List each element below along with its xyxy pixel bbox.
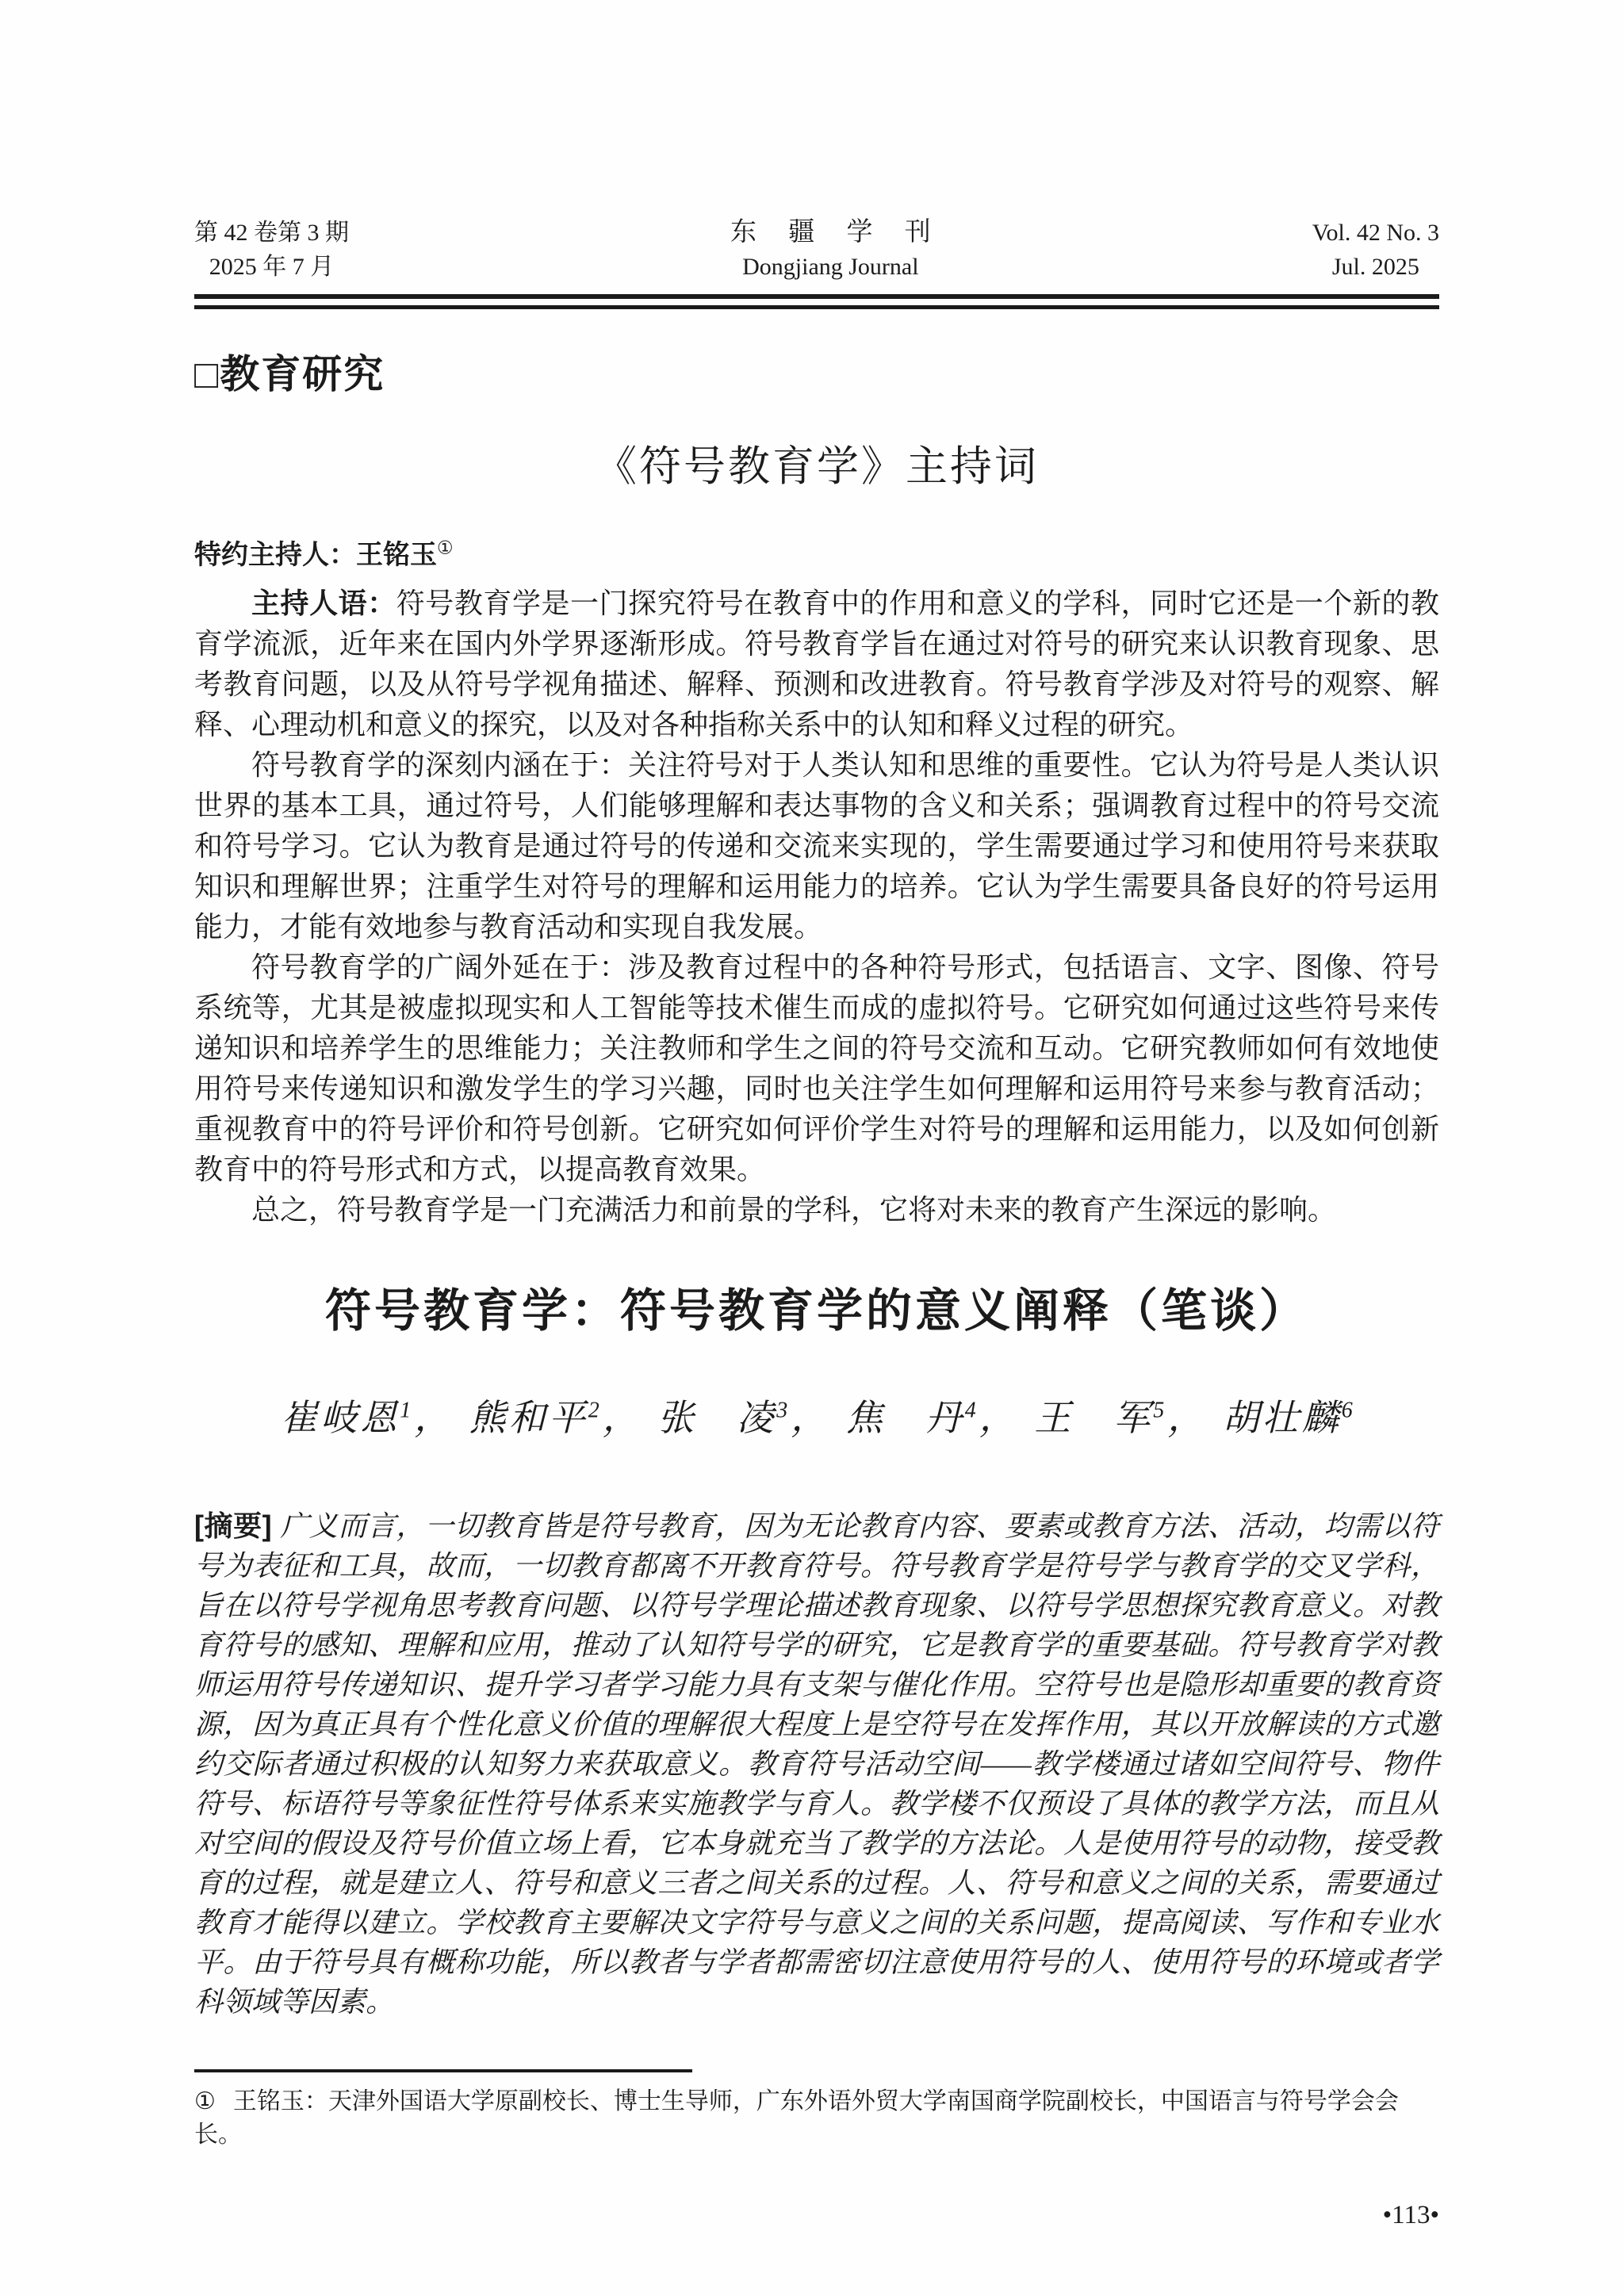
author-separator: ， — [979, 1398, 1019, 1438]
header-title-block: 东 疆 学 刊 Dongjiang Journal — [718, 216, 944, 284]
authors-line: 崔岐恩1， 熊和平2， 张 凌3， 焦 丹4， 王 军5， 胡壮麟6 — [194, 1389, 1439, 1441]
host-article-body: 主持人语：符号教育学是一门探究符号在教育中的作用和意义的学科，同时它还是一个新的… — [194, 583, 1439, 1230]
author-separator: ， — [791, 1398, 830, 1438]
paragraph-1: 主持人语：符号教育学是一门探究符号在教育中的作用和意义的学科，同时它还是一个新的… — [194, 583, 1439, 745]
host-article-title: 《符号教育学》主持词 — [194, 433, 1439, 493]
author-1-sup: 1 — [400, 1399, 411, 1423]
author-3-sup: 3 — [776, 1399, 787, 1423]
author-3-name: 张 凌 — [657, 1398, 776, 1438]
volume-issue-cn: 第 42 卷第 3 期 — [194, 216, 349, 250]
author-3: 张 凌3 — [657, 1398, 787, 1438]
author-5-name: 王 军 — [1034, 1398, 1153, 1438]
journal-page: 第 42 卷第 3 期 2025 年 7 月 东 疆 学 刊 Dongjiang… — [0, 0, 1624, 2296]
host-name: 特约主持人：王铭玉 — [194, 540, 437, 570]
author-6: 胡壮麟6 — [1223, 1398, 1353, 1438]
author-2: 熊和平2 — [469, 1398, 599, 1438]
journal-header: 第 42 卷第 3 期 2025 年 7 月 东 疆 学 刊 Dongjiang… — [194, 216, 1439, 284]
page-number: •113• — [194, 2201, 1439, 2230]
footnote-text: 王铭玉：天津外国语大学原副校长、博士生导师，广东外语外贸大学南国商学院副校长，中… — [194, 2088, 1399, 2148]
author-separator: ， — [1167, 1398, 1207, 1438]
author-2-name: 熊和平 — [469, 1398, 588, 1438]
paragraph-3: 符号教育学的广阔外延在于：涉及教育过程中的各种符号形式，包括语言、文字、图像、符… — [194, 947, 1439, 1190]
author-separator: ， — [603, 1398, 642, 1438]
header-double-rule — [194, 294, 1439, 309]
author-6-sup: 6 — [1342, 1399, 1353, 1423]
author-5-sup: 5 — [1153, 1399, 1164, 1423]
author-4-sup: 4 — [965, 1399, 976, 1423]
footnote-divider — [194, 2069, 692, 2072]
author-1-name: 崔岐恩 — [281, 1398, 400, 1438]
journal-title-en: Dongjiang Journal — [718, 250, 944, 284]
section-label: □教育研究 — [194, 342, 1439, 400]
author-4: 焦 丹4 — [846, 1398, 976, 1438]
footnote: ①王铭玉：天津外国语大学原副校长、博士生导师，广东外语外贸大学南国商学院副校长，… — [194, 2085, 1439, 2152]
author-6-name: 胡壮麟 — [1223, 1398, 1342, 1438]
header-issue-block: 第 42 卷第 3 期 2025 年 7 月 — [194, 216, 349, 284]
date-en: Jul. 2025 — [1312, 250, 1439, 284]
paragraph-2: 符号教育学的深刻内涵在于：关注符号对于人类认知和思维的重要性。它认为符号是人类认… — [194, 745, 1439, 947]
author-2-sup: 2 — [588, 1399, 599, 1423]
abstract: [摘要]广义而言，一切教育皆是符号教育，因为无论教育内容、要素或教育方法、活动，… — [194, 1506, 1439, 2022]
author-1: 崔岐恩1 — [281, 1398, 411, 1438]
author-5: 王 军5 — [1034, 1398, 1164, 1438]
journal-title-cn: 东 疆 学 刊 — [718, 216, 944, 250]
symposium-title: 符号教育学：符号教育学的意义阐释（笔谈） — [194, 1273, 1439, 1340]
author-4-name: 焦 丹 — [846, 1398, 965, 1438]
footnote-marker: ① — [194, 2088, 216, 2114]
volume-issue-en: Vol. 42 No. 3 — [1312, 216, 1439, 250]
header-issue-en-block: Vol. 42 No. 3 Jul. 2025 — [1312, 216, 1439, 284]
paragraph-4: 总之，符号教育学是一门充满活力和前景的学科，它将对未来的教育产生深远的影响。 — [194, 1190, 1439, 1230]
abstract-label: [摘要] — [194, 1510, 272, 1542]
abstract-text: 广义而言，一切教育皆是符号教育，因为无论教育内容、要素或教育方法、活动，均需以符… — [194, 1510, 1439, 2018]
host-line: 特约主持人：王铭玉① — [194, 533, 1439, 572]
paragraph-1-lead: 主持人语： — [251, 587, 396, 619]
date-cn: 2025 年 7 月 — [194, 250, 349, 284]
host-footnote-marker: ① — [437, 538, 454, 558]
author-separator: ， — [414, 1398, 454, 1438]
